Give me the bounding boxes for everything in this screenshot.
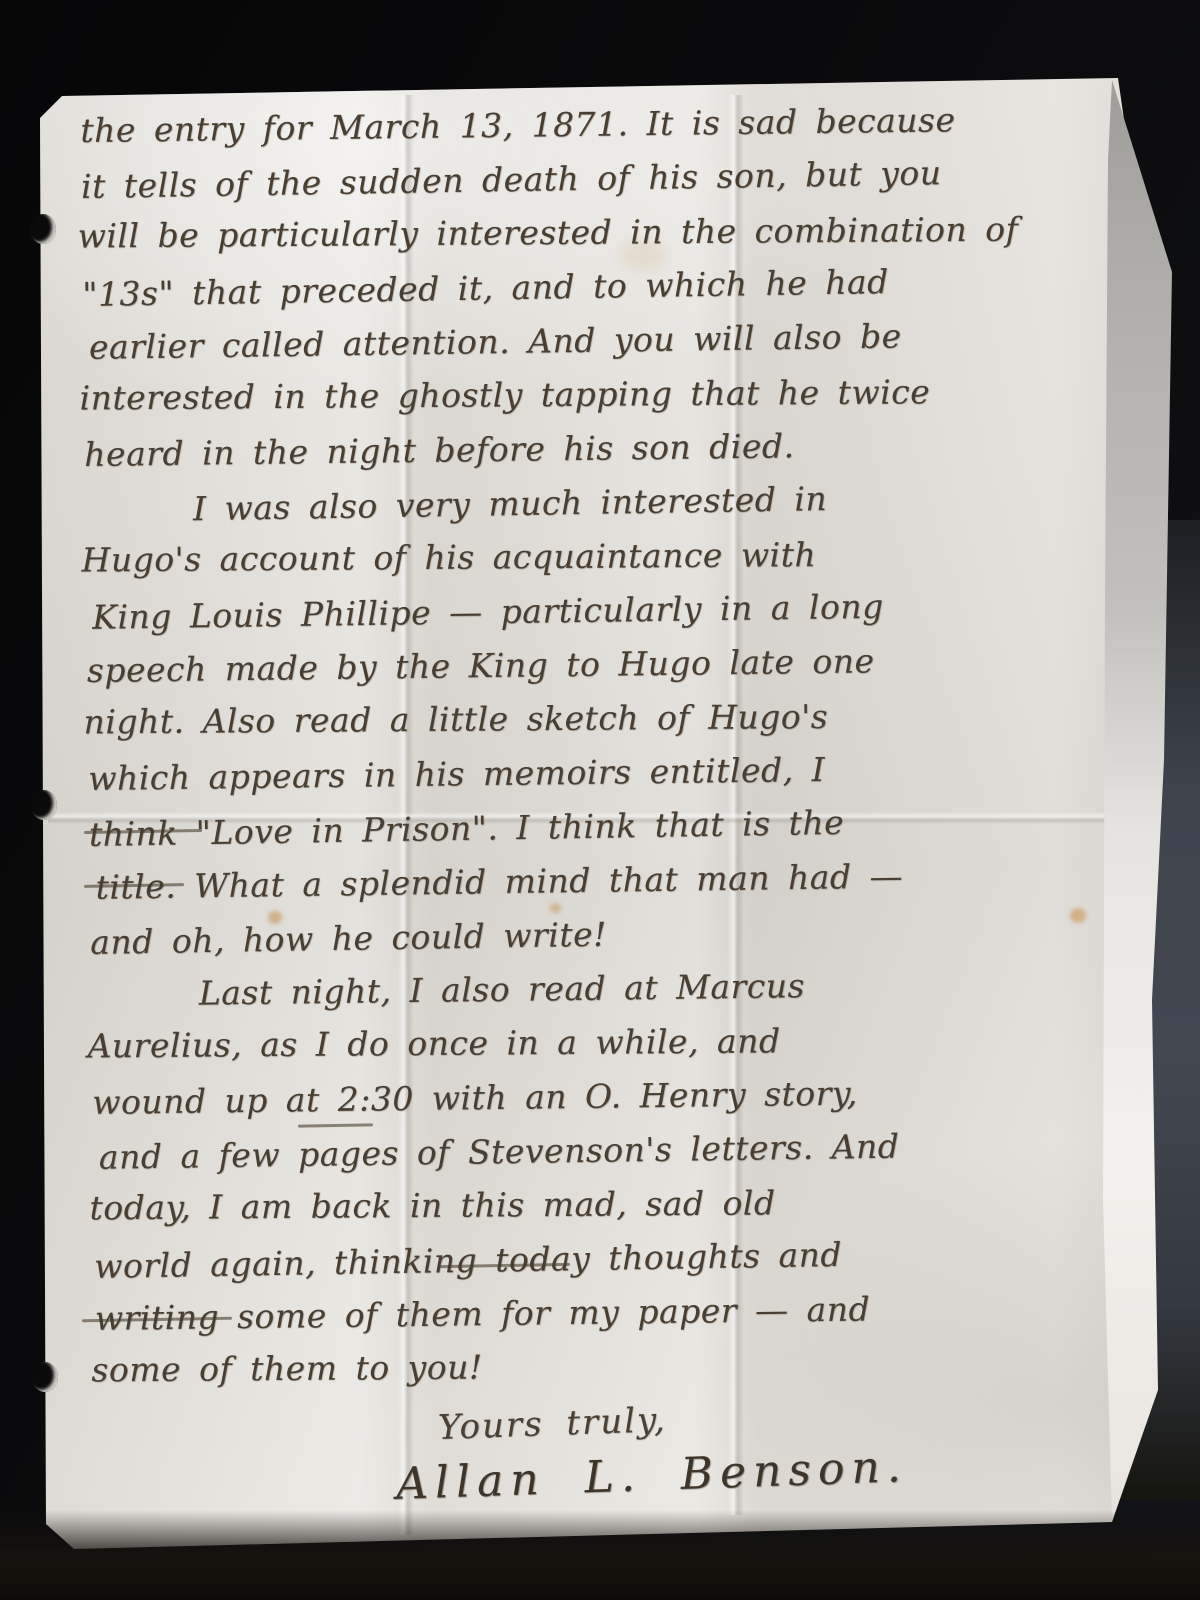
backdrop-bottom-shade [0, 1510, 1200, 1600]
closing-line: Yours truly, [437, 1400, 667, 1448]
punch-hole [31, 790, 57, 820]
handwritten-line: night. Also read a little sketch of Hugo… [83, 688, 1118, 750]
punch-hole [30, 214, 56, 244]
punch-hole [32, 1362, 58, 1392]
letter-body: the entry for March 13, 1871. It is sad … [80, 91, 1131, 1400]
handwritten-line: Aurelius, as I do once in a while, and [87, 1012, 1122, 1074]
handwritten-line: interested in the ghostly tapping that h… [79, 364, 1114, 426]
handwritten-line: some of them to you! [91, 1336, 1126, 1398]
